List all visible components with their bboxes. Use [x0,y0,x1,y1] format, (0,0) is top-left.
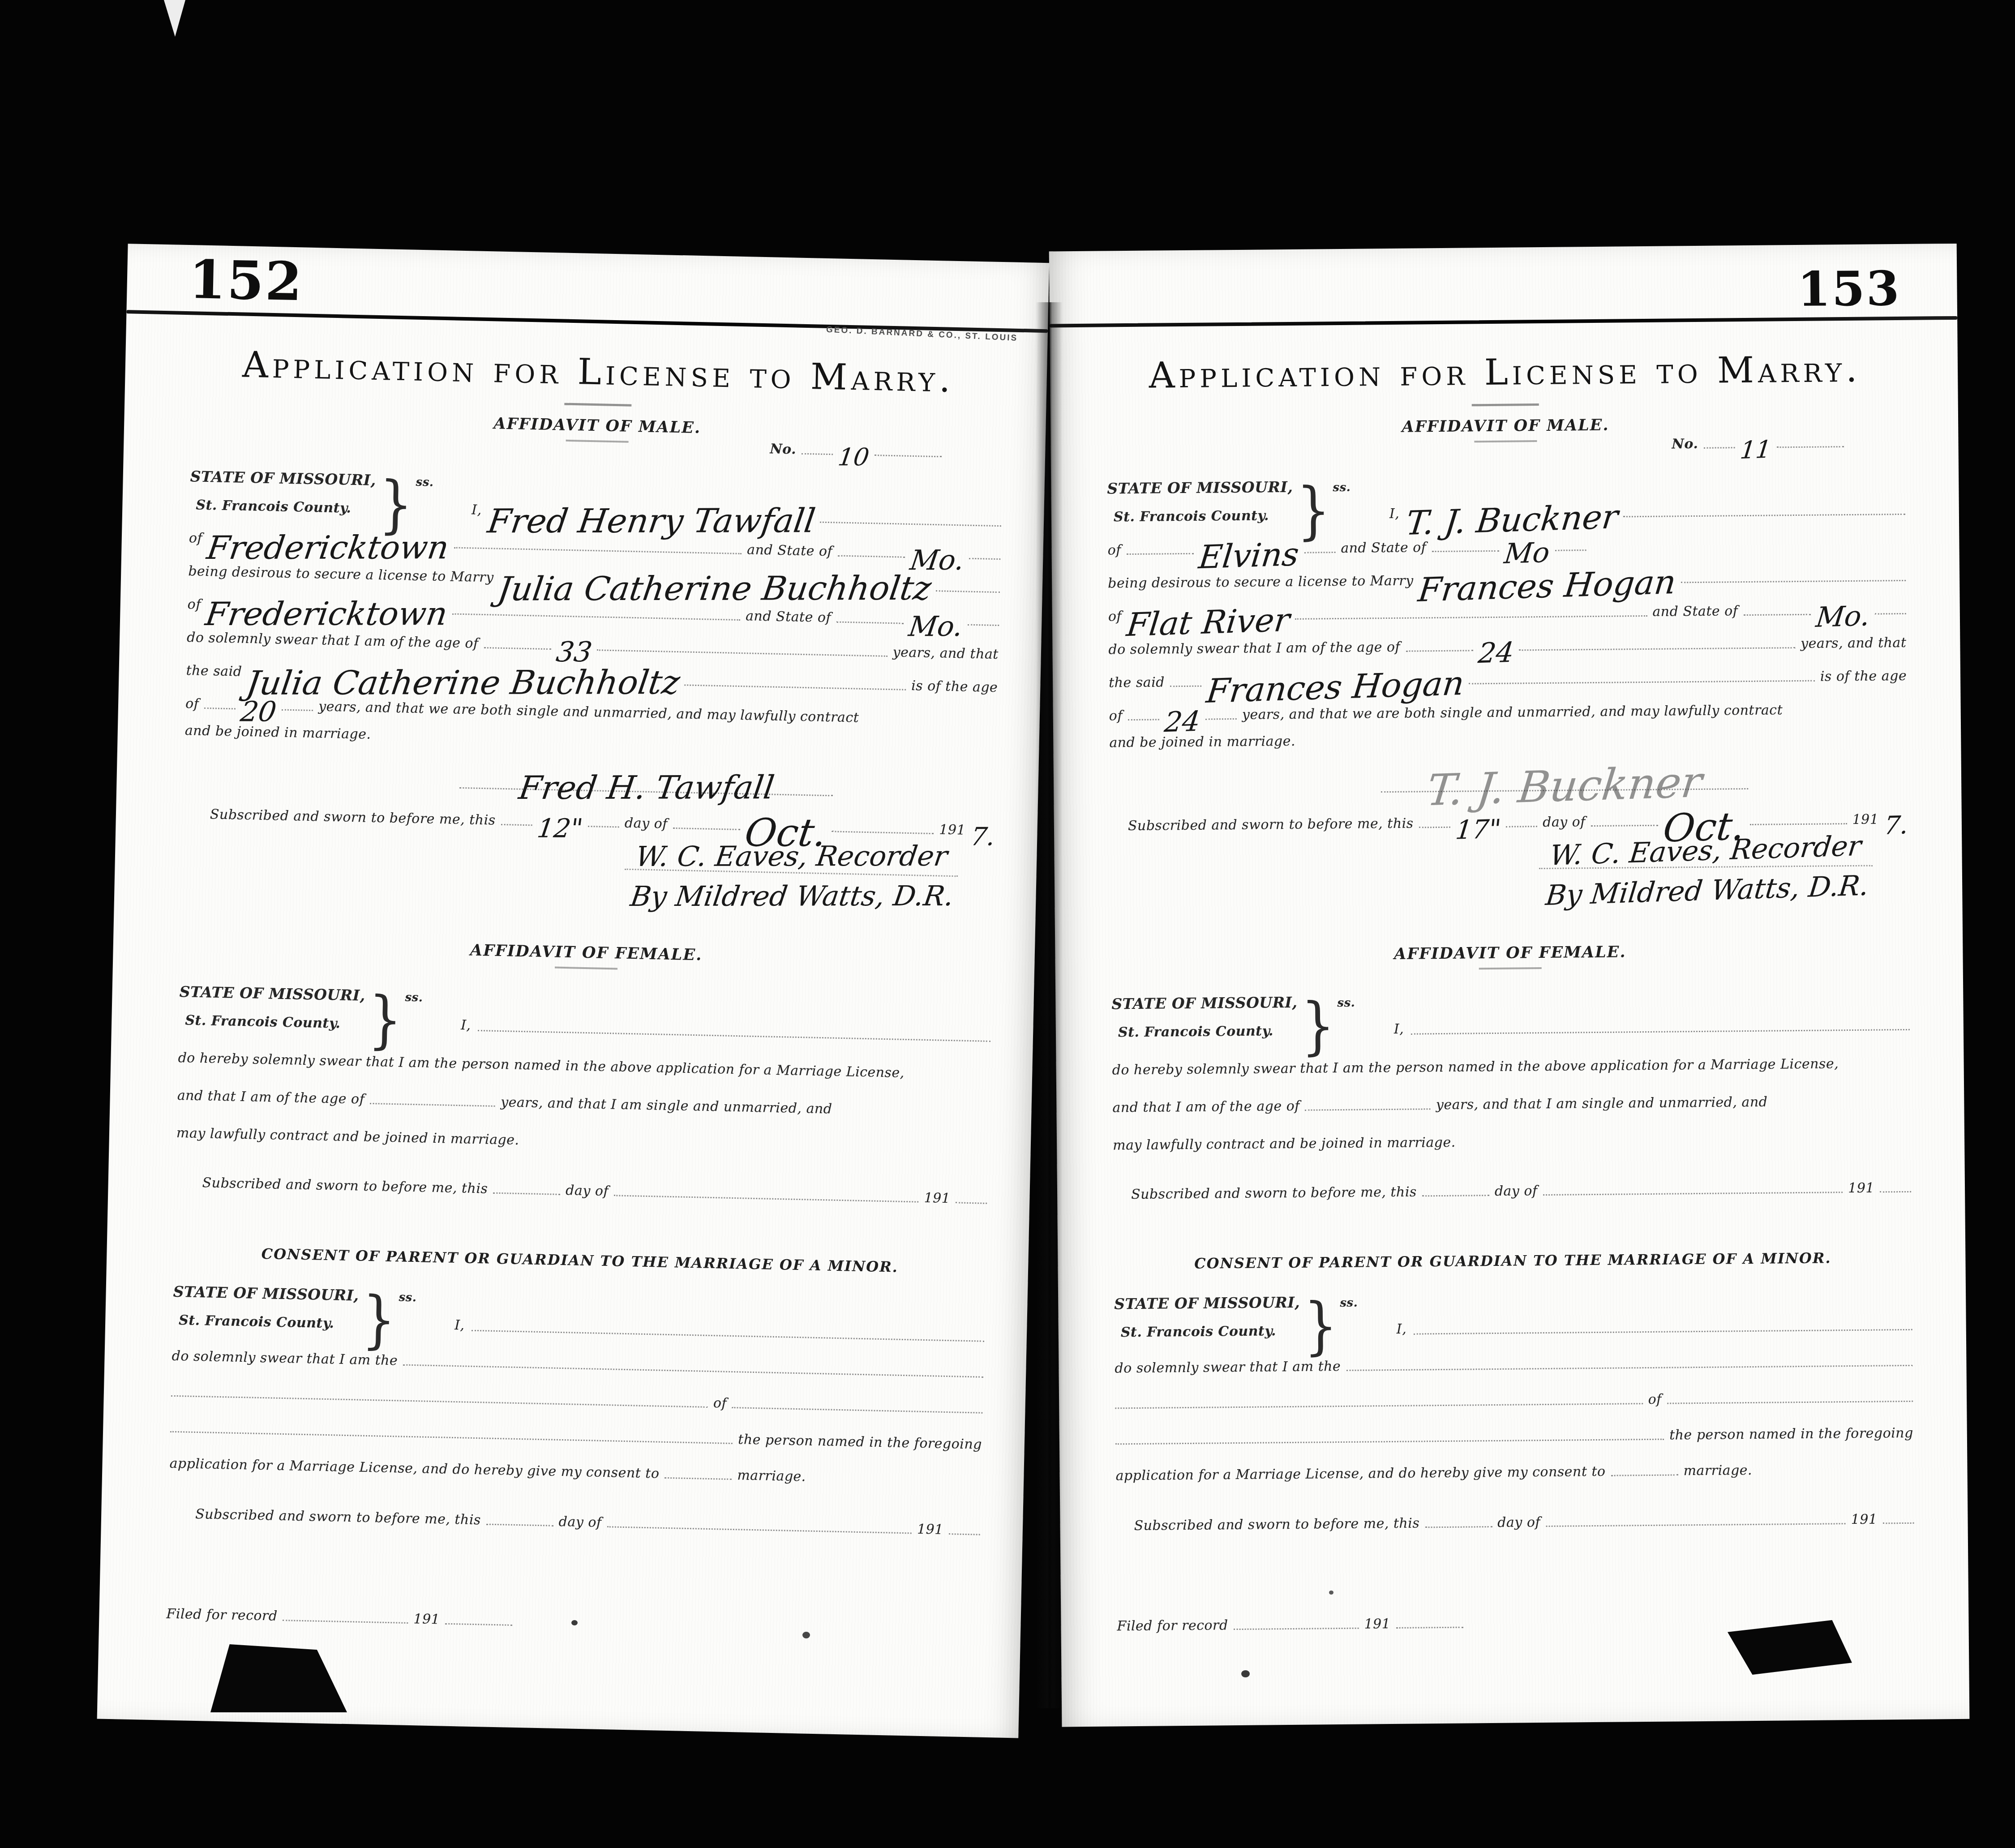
dotted-line [1432,550,1499,552]
ss-label: ss. [399,1290,417,1305]
dotted-line [588,826,619,828]
desirous-label: being desirous to secure a license to Ma… [1108,572,1414,592]
dotted-line [956,1202,987,1204]
dotted-line [1234,1628,1359,1630]
consent-person-row: the person named in the foregoing [1115,1406,1913,1449]
female-lawful-row: may lawfully contract and be joined in m… [1113,1109,1911,1154]
recorder-row: W. C. Eaves, Recorder [1110,828,1908,873]
dotted-line [1304,552,1335,553]
groom-signature-handwriting: T. J. Buckner [1427,782,1702,790]
page-152: 152 GEO. D. BARNARD & CO., ST. LOUIS App… [97,244,1050,1738]
scan-speck [1329,1591,1333,1595]
ss-label: ss. [1340,1295,1358,1310]
and-state-of-label: and State of [1341,539,1426,557]
dotted-line [1546,1523,1846,1527]
consent-marriage-label: marriage. [737,1467,806,1485]
venue-and-name-row: STATE OF MISSOURI, St. Francois County. … [1111,966,1910,1041]
brace-glyph: } [1304,1325,1338,1326]
dotted-line [283,1620,408,1624]
scan-notch-artifact [164,0,185,37]
dotted-line [1295,615,1647,620]
brace-glyph: } [379,504,413,505]
joined-label: and be joined in marriage. [1109,733,1295,751]
dotted-line [875,454,942,457]
dotted-line [493,1192,560,1195]
dotted-line [969,558,1000,560]
deputy-row: By Mildred Watts, D.R. [1110,866,1909,908]
subscribed-label: Subscribed and sworn to before me, this [202,1175,488,1197]
dotted-line [1591,825,1658,827]
dotted-line [802,453,833,455]
consent-of-row: of [1115,1370,1913,1413]
subscribed-label: Subscribed and sworn to before me, this [195,1505,481,1528]
year-prefix: 191 [1364,1616,1390,1633]
year-prefix: 191 [1851,1511,1878,1528]
subscribed-label: Subscribed and sworn to before me, this [1128,815,1414,834]
venue-and-name-row: STATE OF MISSOURI, St. Francois County. … [1107,450,1905,526]
title-underline [1472,403,1539,406]
consent-person-label: the person named in the foregoing [1669,1424,1913,1443]
bride-state-handwriting: Mo. [1816,616,1869,617]
recorder-signature-handwriting: W. C. Eaves, Recorder [636,856,947,857]
sworn-year-handwriting: 7. [1884,825,1908,826]
dotted-line [1406,650,1473,652]
dotted-line [607,1526,912,1534]
venue-block: STATE OF MISSOURI, St. Francois County. [179,982,365,1032]
the-said-label: the said [186,662,242,680]
dotted-line [836,621,904,624]
heading-underline [1474,440,1537,442]
dotted-line [445,1623,512,1626]
dotted-line [484,647,551,650]
dotted-line [673,828,740,830]
ss-label: ss. [1337,995,1355,1010]
dotted-line [1681,580,1906,583]
i-label: I, [1394,1020,1404,1038]
license-number-handwriting: 11 [1740,450,1771,450]
year-prefix: 191 [924,1189,951,1207]
page-title: Application for License to Marry. [1106,348,1904,397]
affidavit-female-heading: AFFIDAVIT OF FEMALE. [1111,940,1909,966]
consent-swear-row: do solemnly swear that I am the [1115,1334,1913,1377]
dotted-line [1875,613,1906,615]
dotted-line [936,590,1000,593]
title-underline [564,403,631,407]
dotted-line [1469,680,1815,685]
dotted-line [1703,447,1735,449]
of-label: of [1108,608,1122,625]
no-label: No. [770,441,797,458]
dotted-line [665,1477,732,1480]
sworn-day-handwriting: 17" [1456,829,1501,830]
venue-block: STATE OF MISSOURI, St. Francois County. [1111,993,1298,1041]
county-label: St. Francois County. [1115,1322,1300,1341]
of-label: of [185,695,199,712]
dotted-line [1743,614,1810,616]
year-prefix: 191 [413,1611,440,1628]
year-prefix: 191 [1848,1179,1874,1196]
years-and-that-label: years, and that [892,644,999,663]
state-label: STATE OF MISSOURI, [1107,478,1293,498]
brace-glyph: } [1301,1025,1335,1026]
dotted-line [1883,1522,1914,1524]
deputy-line: By Mildred Watts, D.R. [626,893,957,912]
of-label: of [1107,542,1121,559]
dotted-line [1419,827,1450,828]
dotted-line [1170,686,1201,687]
venue-block: STATE OF MISSOURI, St. Francois County. [172,1282,359,1332]
dotted-line [1411,1029,1910,1035]
dotted-line [1396,1627,1463,1629]
of-label: of [1109,707,1123,725]
dotted-line [370,1103,495,1107]
of-label: of [189,530,203,547]
county-label: St. Francois County. [1112,1022,1298,1041]
year-prefix: 191 [939,821,966,839]
dotted-line [1305,1108,1431,1111]
brace-glyph: } [1297,510,1330,510]
dotted-line [1519,647,1795,651]
i-label: I, [1389,505,1400,522]
venue-block: STATE OF MISSOURI, St. Francois County. [1107,478,1293,525]
day-of-label: day of [625,815,668,832]
deputy-signature-handwriting: By Mildred Watts, D.R. [1546,886,1869,896]
dotted-line [1422,1195,1489,1196]
consent-of-label: of [713,1395,727,1412]
dotted-line [501,824,532,826]
recorder-signature-handwriting: W. C. Eaves, Recorder [1550,846,1861,856]
dotted-line [1543,1192,1843,1196]
deputy-line: By Mildred Watts, D.R. [1542,889,1873,904]
page-153: 153 Application for License to Marry. AF… [1049,244,1970,1727]
female-single-label: years, and that I am single and unmarrie… [1436,1093,1768,1113]
consent-marriage-label: marriage. [1683,1462,1752,1479]
year-prefix: 191 [917,1521,944,1538]
sworn-date-row: Subscribed and sworn to before me, this … [1110,788,1908,835]
deputy-signature-handwriting: By Mildred Watts, D.R. [630,896,953,896]
scan-speck [802,1632,810,1638]
state-label: STATE OF MISSOURI, [173,1282,359,1305]
dotted-line [838,555,905,558]
dotted-line [949,1533,980,1535]
dotted-line [968,624,999,626]
dotted-line [820,522,1001,527]
license-number-row: No. 11 [1672,419,1905,453]
age-swear-label: do solemnly swear that I am of the age o… [1108,639,1400,658]
dotted-line [1115,1403,1643,1409]
page-number: 153 [1105,265,1901,319]
scan-speck [1241,1670,1250,1677]
filed-label: Filed for record [1117,1617,1228,1635]
dotted-line [204,707,236,709]
brace-glyph: } [362,1319,395,1320]
dotted-line [282,709,313,711]
consent-sworn-row: Subscribed and sworn to before me, this … [1116,1477,1914,1535]
consent-application-row: application for a Marriage License, and … [1115,1441,1914,1484]
groom-state-handwriting: Mo [1504,553,1549,554]
and-state-of-label: and State of [746,608,832,626]
state-label: STATE OF MISSOURI, [179,982,365,1005]
dotted-line [684,684,906,690]
and-state-of-label: and State of [747,541,833,560]
is-of-age-label: is of the age [1820,667,1907,685]
county-label: St. Francois County. [1107,507,1293,525]
page-number: 152 [189,253,1007,323]
year-prefix: 191 [1852,811,1878,828]
female-swear-row: do hereby solemnly swear that I am the p… [1112,1034,1910,1079]
subscribed-label: Subscribed and sworn to before me, this [1131,1183,1417,1203]
groom-age-handwriting: 24 [1478,652,1513,653]
recorder-line: W. C. Eaves, Recorder [1539,849,1873,870]
scan-speck [571,1620,578,1625]
dotted-line [1667,1401,1913,1404]
groom-signature-row: T. J. Buckner [1109,744,1908,795]
female-age-row: and that I am of the age of years, and t… [1112,1072,1911,1116]
heading-underline [566,440,628,443]
book-spine-shadow [1036,302,1063,1708]
i-label: I, [1397,1321,1407,1338]
bride-age-handwriting: 24 [1165,721,1200,722]
brace-glyph: } [369,1019,402,1020]
day-of-label: day of [1543,814,1586,831]
of-label: of [187,596,201,613]
ss-label: ss. [416,475,434,489]
dotted-line [1128,719,1159,720]
dotted-line [1776,446,1844,448]
and-state-of-label: and State of [1652,603,1738,620]
filed-label: Filed for record [166,1605,278,1625]
female-sworn-row: Subscribed and sworn to before me, this … [1113,1147,1911,1203]
ss-label: ss. [1333,480,1350,495]
state-label: STATE OF MISSOURI, [1111,993,1297,1013]
license-number-row: No. 10 [770,426,1003,462]
i-label: I, [454,1316,465,1333]
groom-signature-handwriting: Fred H. Tawfall [519,787,774,788]
day-of-label: day of [1495,1183,1538,1200]
is-of-age-label: is of the age [911,677,998,696]
female-age-label: and that I am of the age of [1112,1098,1300,1116]
dotted-line [486,1524,553,1526]
filed-row: Filed for record 191 [1117,1597,1628,1634]
dotted-line [832,831,934,834]
dotted-line [1425,1526,1492,1528]
day-of-label: day of [558,1513,602,1531]
years-and-that-label: years, and that [1801,634,1906,652]
dotted-line [1623,514,1905,517]
subscribed-label: Subscribed and sworn to before me, this [1134,1515,1419,1534]
dotted-line [1506,826,1537,828]
record-book-spread: 152 GEO. D. BARNARD & CO., ST. LOUIS App… [128,244,1957,1719]
dotted-line [1750,823,1847,825]
dotted-line [1414,1329,1912,1335]
filed-row: Filed for record 191 [166,1589,686,1633]
no-label: No. [1672,435,1698,452]
dotted-line [1611,1474,1678,1476]
consent-swear-label: do solemnly swear that I am the [1115,1358,1341,1376]
dotted-line [1127,553,1194,555]
ss-label: ss. [405,990,423,1005]
dotted-line [1880,1191,1911,1193]
day-of-label: day of [566,1182,609,1200]
venue-block: STATE OF MISSOURI, St. Francois County. [1114,1293,1300,1341]
consent-of-label: of [1648,1391,1662,1408]
day-of-label: day of [1497,1514,1540,1531]
i-label: I, [461,1017,471,1034]
dotted-line [1555,549,1586,551]
the-said-label: the said [1109,674,1165,691]
state-label: STATE OF MISSOURI, [1114,1293,1300,1313]
dotted-line [1205,718,1237,720]
i-label: I, [472,502,482,519]
state-label: STATE OF MISSOURI, [190,467,376,489]
sworn-month-handwriting: Oct. [1663,826,1745,829]
venue-and-name-row: STATE OF MISSOURI, St. Francois County. … [1114,1266,1912,1341]
page-title: Application for License to Marry. [192,343,1005,401]
dotted-line [614,1195,919,1202]
venue-block: STATE OF MISSOURI, St. Francois County. [189,467,376,517]
